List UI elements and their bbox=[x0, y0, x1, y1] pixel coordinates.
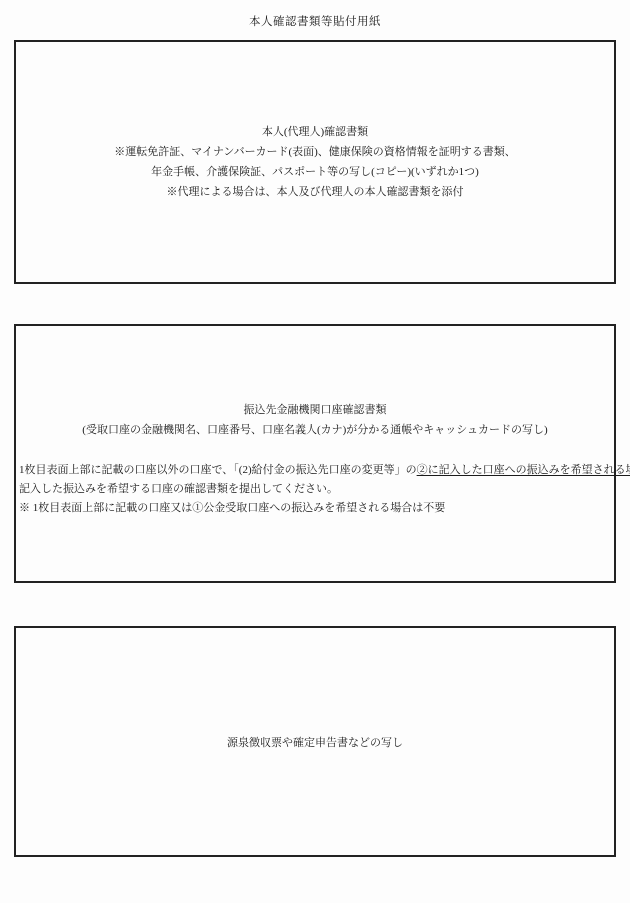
identity-note-2: 年金手帳、介護保険証、パスポート等の写し(コピー)(いずれか1つ) bbox=[114, 162, 516, 182]
attachment-sheet-page: 本人確認書類等貼付用紙 本人(代理人)確認書類 ※運転免許証、マイナンバーカード… bbox=[0, 0, 630, 903]
bank-account-subheading: (受取口座の金融機関名、口座番号、口座名義人(カナ)が分かる通帳やキャッシュカー… bbox=[19, 420, 611, 440]
bank-account-header: 振込先金融機関口座確認書類 (受取口座の金融機関名、口座番号、口座名義人(カナ)… bbox=[19, 400, 611, 440]
identity-note-3: ※代理による場合は、本人及び代理人の本人確認書類を添付 bbox=[114, 182, 516, 202]
bank-account-instructions: 1枚目表面上部に記載の口座以外の口座で、「(2)給付金の振込先口座の変更等」の②… bbox=[19, 461, 611, 518]
identity-heading: 本人(代理人)確認書類 bbox=[114, 122, 516, 142]
instruction-line-1-underlined: ②に記入した口座への振込みを希望される場合 bbox=[417, 464, 630, 476]
instruction-line-2: 記入した振込みを希望する口座の確認書類を提出してください。 bbox=[19, 480, 611, 499]
bank-account-heading: 振込先金融機関口座確認書類 bbox=[19, 400, 611, 420]
instruction-line-1-pre: 1枚目表面上部に記載の口座以外の口座で、「(2)給付金の振込先口座の変更等」の bbox=[19, 464, 417, 476]
identity-documents-paste-box: 本人(代理人)確認書類 ※運転免許証、マイナンバーカード(表面)、健康保険の資格… bbox=[14, 40, 616, 284]
bank-account-documents-paste-box: 振込先金融機関口座確認書類 (受取口座の金融機関名、口座番号、口座名義人(カナ)… bbox=[14, 324, 616, 583]
instruction-line-1: 1枚目表面上部に記載の口座以外の口座で、「(2)給付金の振込先口座の変更等」の②… bbox=[19, 461, 611, 480]
instruction-line-3: ※ 1枚目表面上部に記載の口座又は①公金受取口座への振込みを希望される場合は不要 bbox=[19, 499, 611, 518]
identity-note-1: ※運転免許証、マイナンバーカード(表面)、健康保険の資格情報を証明する書類、 bbox=[114, 142, 516, 162]
tax-documents-paste-box: 源泉徴収票や確定申告書などの写し bbox=[14, 626, 616, 857]
page-title: 本人確認書類等貼付用紙 bbox=[0, 13, 630, 29]
identity-documents-text: 本人(代理人)確認書類 ※運転免許証、マイナンバーカード(表面)、健康保険の資格… bbox=[114, 122, 516, 202]
tax-documents-caption: 源泉徴収票や確定申告書などの写し bbox=[227, 734, 403, 750]
